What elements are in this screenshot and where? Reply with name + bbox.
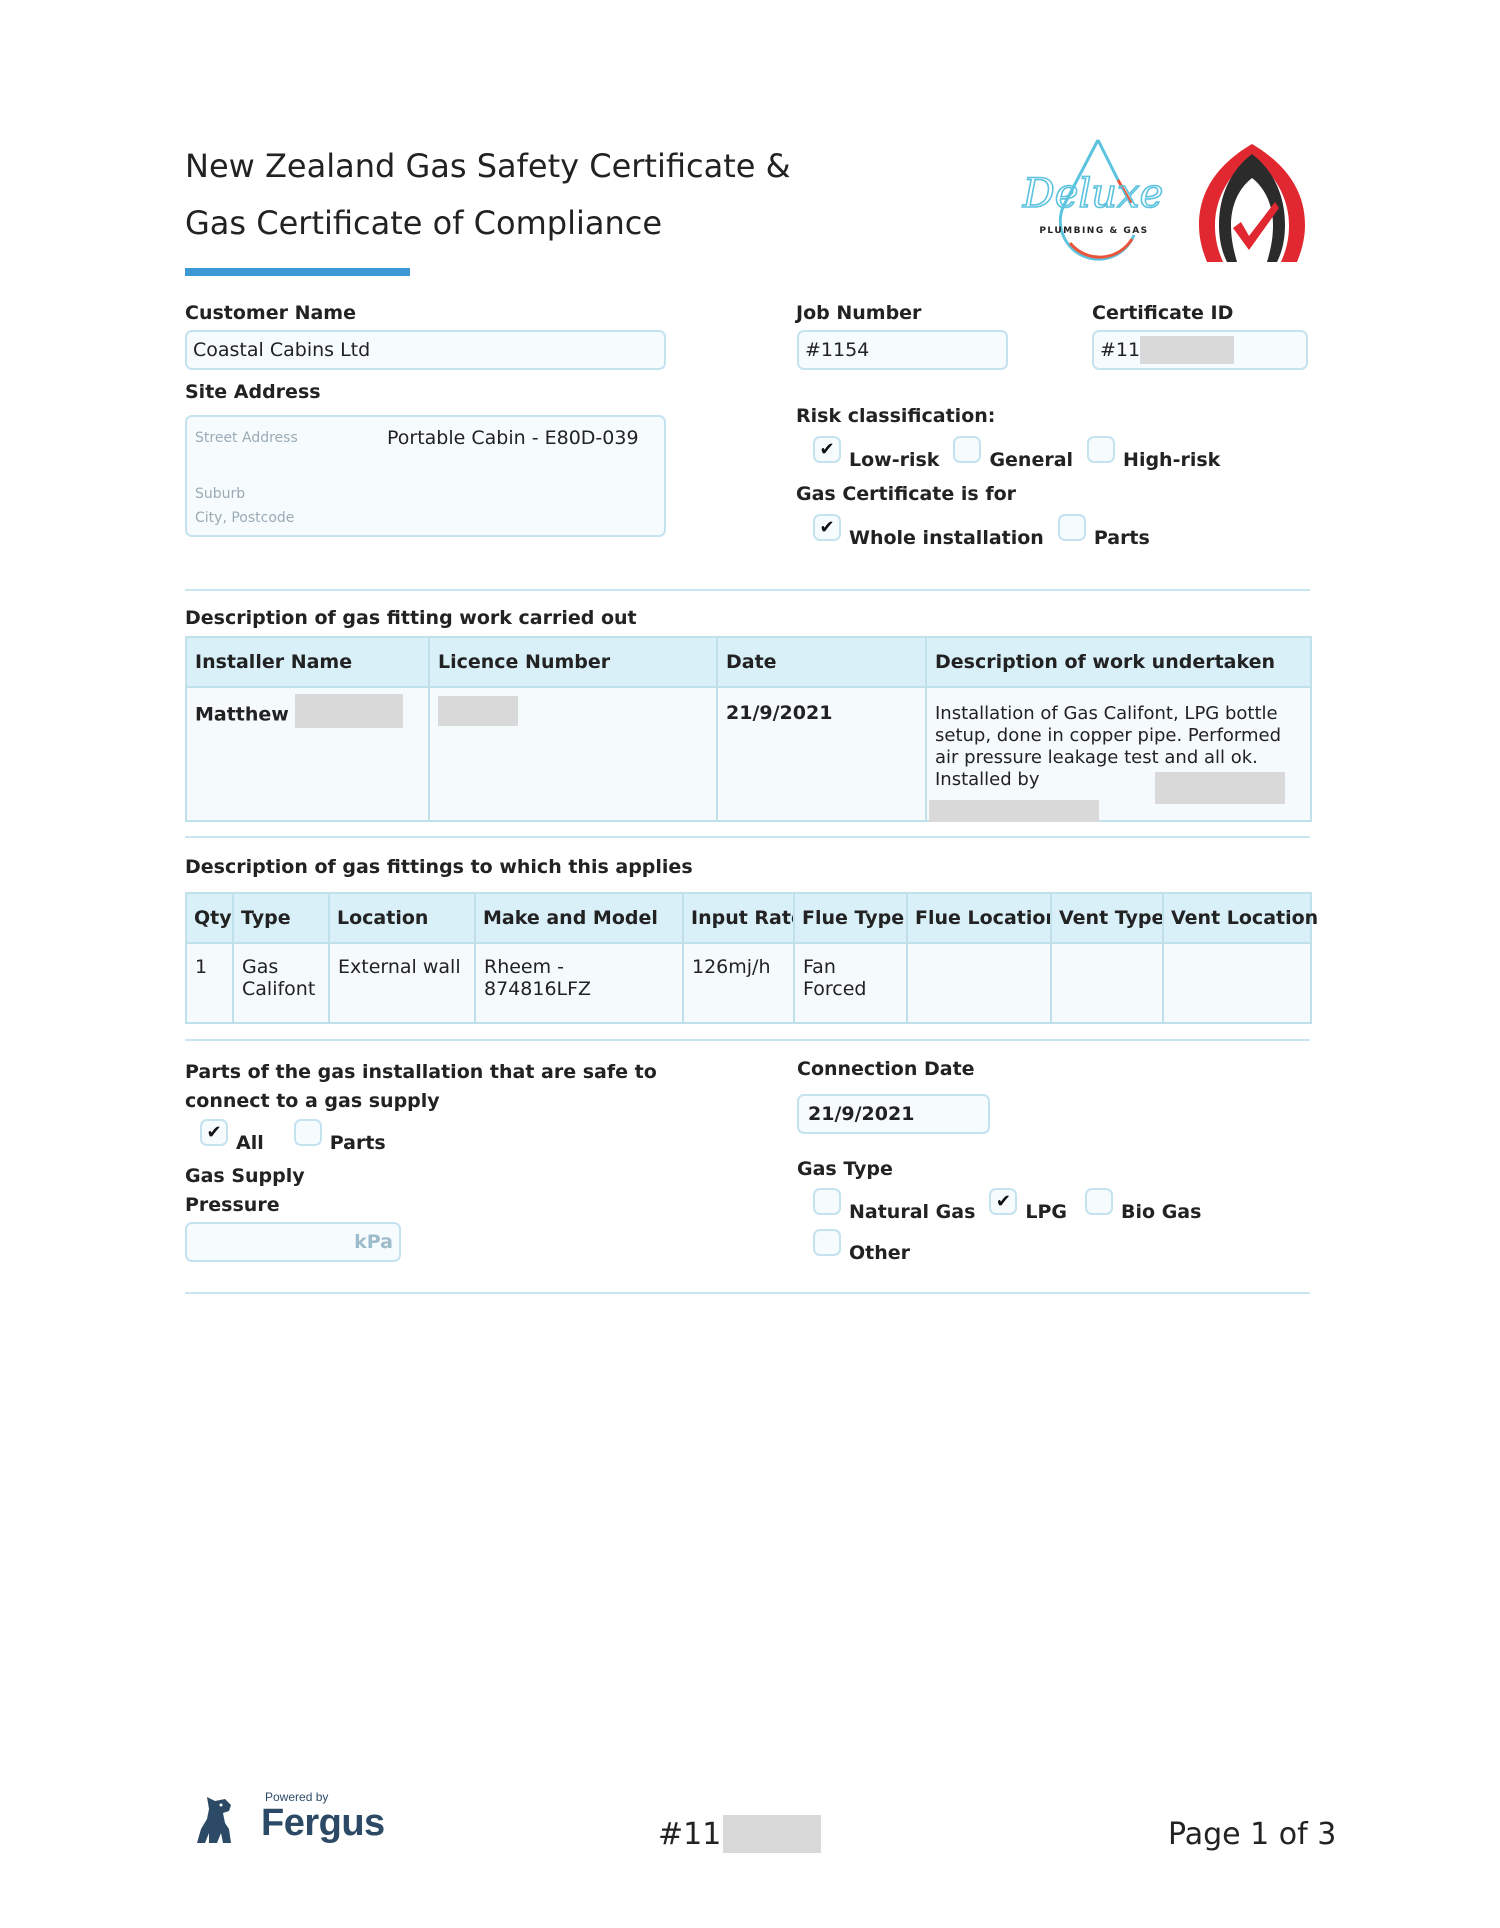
bio-gas-checkbox[interactable] — [1085, 1188, 1113, 1215]
document-title-line-2: Gas Certificate of Compliance — [185, 207, 662, 239]
column-header-licence-number: Licence Number — [429, 637, 717, 687]
page-number: Page 1 of 3 — [1168, 1817, 1336, 1852]
fitting-type-cell: Gas Califont — [233, 943, 329, 1023]
svg-text:Deluxe: Deluxe — [1022, 171, 1164, 217]
job-number-label: Job Number — [796, 302, 921, 325]
installer-first-name: Matthew — [195, 704, 289, 726]
parts-checkbox[interactable] — [1058, 514, 1086, 541]
installer-name-cell: Matthew — [186, 687, 429, 821]
document-title-line-1: New Zealand Gas Safety Certificate & — [185, 150, 791, 182]
certificate-for-options: ✔ Whole installation Parts — [813, 522, 1164, 549]
fitting-flue-type-cell: Fan Forced — [794, 943, 907, 1023]
lpg-checkbox[interactable]: ✔ — [989, 1188, 1017, 1215]
table-row: Matthew 21/9/2021 Installation of Gas Ca… — [186, 687, 1311, 821]
column-header-installer-name: Installer Name — [186, 637, 429, 687]
gas-supply-pressure-field[interactable]: kPa — [185, 1222, 401, 1262]
footer-certificate-id-redaction — [723, 1815, 821, 1853]
licence-number-redaction — [438, 696, 518, 726]
footer-certificate-id: #11 — [658, 1815, 821, 1853]
gas-supply-pressure-label: Gas Supply Pressure — [185, 1162, 345, 1220]
fitting-flue-location-cell — [907, 943, 1051, 1023]
lpg-label: LPG — [1025, 1201, 1067, 1223]
fergus-brand-text: Fergus — [261, 1802, 385, 1845]
street-address-placeholder: Street Address — [195, 430, 298, 446]
column-header-vent-type: Vent Type — [1051, 893, 1163, 943]
whole-installation-checkbox[interactable]: ✔ — [813, 514, 841, 541]
work-date-cell: 21/9/2021 — [717, 687, 926, 821]
table-row: 1 Gas Califont External wall Rheem - 874… — [186, 943, 1311, 1023]
natural-gas-checkbox[interactable] — [813, 1188, 841, 1215]
water-drop-icon: Deluxe PLUMBING & GAS — [1018, 135, 1168, 270]
section-divider — [185, 836, 1310, 838]
other-gas-label: Other — [849, 1242, 910, 1264]
connection-date-label: Connection Date — [797, 1058, 975, 1081]
gas-type-label: Gas Type — [797, 1158, 893, 1181]
column-header-description: Description of work undertaken — [926, 637, 1311, 687]
title-accent-bar — [185, 268, 410, 276]
column-header-input-rate: Input Rate — [683, 893, 794, 943]
other-gas-checkbox[interactable] — [813, 1229, 841, 1256]
certificate-id-redaction — [1140, 336, 1234, 364]
natural-gas-label: Natural Gas — [849, 1201, 975, 1223]
fitting-input-rate-cell: 126mj/h — [683, 943, 794, 1023]
site-address-field[interactable]: Street Address Portable Cabin - E80D-039… — [185, 415, 666, 537]
gas-type-options: Natural Gas ✔ LPG Bio Gas — [813, 1196, 1215, 1223]
company-logo: Deluxe PLUMBING & GAS — [1018, 135, 1168, 270]
certificate-id-field[interactable]: #11 — [1092, 330, 1308, 370]
risk-general-label: General — [989, 449, 1073, 471]
work-description-redaction-2 — [929, 800, 1099, 822]
footer-certificate-id-prefix: #11 — [658, 1817, 721, 1852]
parts-label: Parts — [1094, 527, 1150, 549]
installer-surname-redaction — [295, 694, 403, 728]
column-header-flue-location: Flue Location — [907, 893, 1051, 943]
work-section-title: Description of gas fitting work carried … — [185, 607, 637, 630]
fitting-location-cell: External wall — [329, 943, 475, 1023]
site-address-label: Site Address — [185, 381, 321, 404]
risk-low-checkbox[interactable]: ✔ — [813, 436, 841, 463]
pressure-unit: kPa — [354, 1231, 393, 1253]
street-address-value: Portable Cabin - E80D-039 — [387, 427, 639, 449]
svg-text:PLUMBING & GAS: PLUMBING & GAS — [1039, 226, 1148, 236]
gas-type-options-row-2: Other — [813, 1237, 924, 1264]
fitting-make-model-cell: Rheem - 874816LFZ — [475, 943, 683, 1023]
work-description-cell: Installation of Gas Califont, LPG bottle… — [926, 687, 1311, 821]
risk-high-checkbox[interactable] — [1087, 436, 1115, 463]
dog-icon — [195, 1795, 241, 1845]
risk-low-label: Low-risk — [849, 449, 939, 471]
column-header-flue-type: Flue Type — [794, 893, 907, 943]
fitting-vent-type-cell — [1051, 943, 1163, 1023]
certification-logo — [1195, 140, 1310, 265]
licence-number-cell — [429, 687, 717, 821]
risk-classification-label: Risk classification: — [796, 405, 995, 428]
customer-name-value: Coastal Cabins Ltd — [193, 339, 370, 361]
section-divider — [185, 1292, 1310, 1294]
bio-gas-label: Bio Gas — [1121, 1201, 1201, 1223]
customer-name-label: Customer Name — [185, 302, 356, 325]
job-number-value: #1154 — [805, 339, 869, 361]
safe-parts-option-label: Parts — [330, 1132, 386, 1154]
column-header-qty: Qty — [186, 893, 233, 943]
column-header-make-model: Make and Model — [475, 893, 683, 943]
column-header-type: Type — [233, 893, 329, 943]
certificate-for-label: Gas Certificate is for — [796, 483, 1016, 506]
risk-general-checkbox[interactable] — [953, 436, 981, 463]
fittings-section-title: Description of gas fittings to which thi… — [185, 856, 693, 879]
fittings-table: Qty Type Location Make and Model Input R… — [185, 892, 1312, 1024]
safe-parts-label: Parts of the gas installation that are s… — [185, 1058, 705, 1116]
fitting-qty-cell: 1 — [186, 943, 233, 1023]
job-number-field[interactable]: #1154 — [797, 330, 1008, 370]
certificate-id-prefix: #11 — [1100, 339, 1140, 361]
city-postcode-placeholder: City, Postcode — [195, 510, 294, 526]
customer-name-field[interactable]: Coastal Cabins Ltd — [185, 330, 666, 370]
connection-date-field[interactable]: 21/9/2021 — [797, 1094, 990, 1134]
safe-all-checkbox[interactable]: ✔ — [200, 1119, 228, 1146]
section-divider — [185, 1039, 1310, 1041]
suburb-placeholder: Suburb — [195, 486, 245, 502]
column-header-vent-location: Vent Location — [1163, 893, 1311, 943]
section-divider — [185, 589, 1310, 591]
safe-parts-options: ✔ All Parts — [200, 1127, 400, 1154]
work-description-redaction-1 — [1155, 772, 1285, 804]
certificate-id-label: Certificate ID — [1092, 302, 1233, 325]
work-table: Installer Name Licence Number Date Descr… — [185, 636, 1312, 822]
flame-check-icon — [1195, 140, 1310, 265]
fergus-logo: Powered by Fergus — [195, 1790, 395, 1850]
column-header-date: Date — [717, 637, 926, 687]
safe-parts-checkbox[interactable] — [294, 1119, 322, 1146]
risk-high-label: High-risk — [1123, 449, 1220, 471]
whole-installation-label: Whole installation — [849, 527, 1044, 549]
safe-all-label: All — [236, 1132, 264, 1154]
column-header-location: Location — [329, 893, 475, 943]
fitting-vent-location-cell — [1163, 943, 1311, 1023]
connection-date-value: 21/9/2021 — [808, 1103, 914, 1125]
risk-classification-options: ✔ Low-risk General High-risk — [813, 444, 1234, 471]
